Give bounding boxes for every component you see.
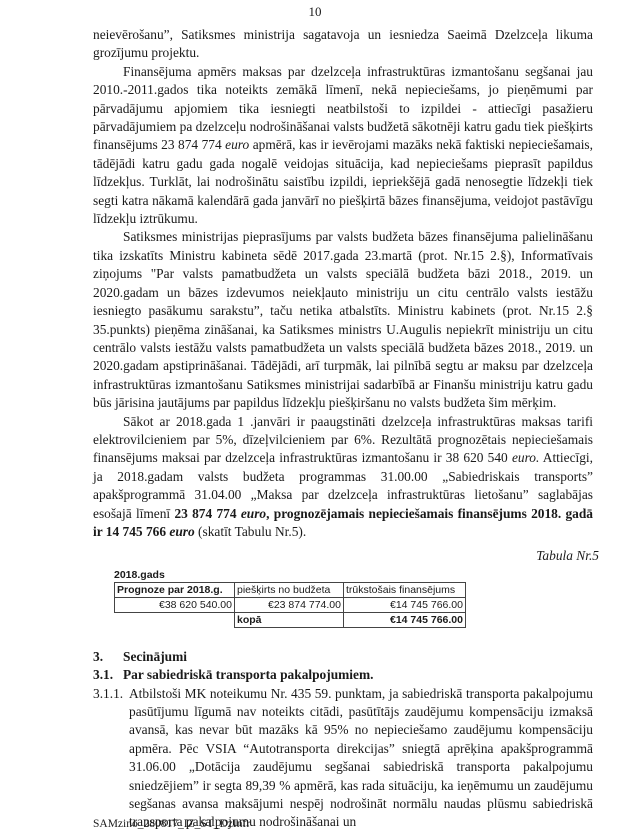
financing-table: Prognoze par 2018.g. piešķirts no budžet…	[114, 582, 466, 628]
table-header-cell: Prognoze par 2018.g.	[115, 582, 235, 597]
paragraph-4-text-c: (skatīt Tabulu Nr.5).	[195, 524, 307, 539]
table-cell: €23 874 774.00	[235, 597, 344, 612]
table-header-cell: piešķirts no budžeta	[235, 582, 344, 597]
document-footer: SAMzino_280817_IZ_ST_DzInfr	[93, 818, 250, 830]
section-title: Secinājumi	[123, 648, 187, 666]
table-empty-cell	[115, 612, 235, 627]
paragraph-4: Sākot ar 2018.gada 1 .janvāri ir paaugst…	[93, 413, 593, 542]
subsection-title: Par sabiedriskā transporta pakalpojumiem…	[123, 666, 373, 684]
document-body: neievērošanu”, Satiksmes ministrija saga…	[93, 26, 593, 832]
financing-table-block: 2018.gads Prognoze par 2018.g. piešķirts…	[114, 568, 593, 628]
table-total-label: kopā	[235, 612, 344, 627]
paragraph-2-currency: euro	[225, 137, 249, 152]
table-cell: €14 745 766.00	[344, 597, 466, 612]
item-number: 3.1.1.	[93, 685, 129, 832]
table-title: 2018.gads	[114, 568, 593, 582]
subsection-heading: 3.1. Par sabiedriskā transporta pakalpoj…	[93, 666, 593, 684]
paragraph-2: Finansējuma apmērs maksas par dzelzceļa …	[93, 63, 593, 229]
paragraph-4-currency: euro.	[512, 450, 539, 465]
conclusions-section: 3. Secinājumi 3.1. Par sabiedriskā trans…	[93, 648, 593, 832]
paragraph-1: neievērošanu”, Satiksmes ministrija saga…	[93, 26, 593, 63]
table-cell: €38 620 540.00	[115, 597, 235, 612]
table-header-cell: trūkstošais finansējums	[344, 582, 466, 597]
list-item: 3.1.1. Atbilstoši MK noteikumu Nr. 435 5…	[93, 685, 593, 832]
item-text: Atbilstoši MK noteikumu Nr. 435 59. punk…	[129, 685, 593, 832]
section-number: 3.	[93, 648, 123, 666]
table-total-row: kopā €14 745 766.00	[115, 612, 466, 627]
section-heading: 3. Secinājumi	[93, 648, 593, 666]
table-header-row: Prognoze par 2018.g. piešķirts no budžet…	[115, 582, 466, 597]
table-row: €38 620 540.00 €23 874 774.00 €14 745 76…	[115, 597, 466, 612]
page-number: 10	[0, 4, 630, 20]
table-caption: Tabula Nr.5	[93, 547, 599, 565]
subsection-number: 3.1.	[93, 666, 123, 684]
paragraph-3: Satiksmes ministrijas pieprasījums par v…	[93, 228, 593, 412]
table-total-value: €14 745 766.00	[344, 612, 466, 627]
